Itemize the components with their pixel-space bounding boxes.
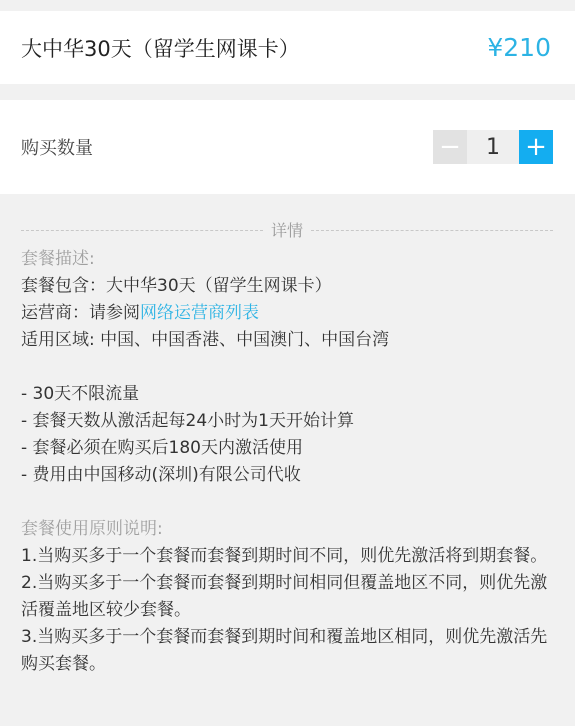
- operator-line: 运营商：请参阅网络运营商列表: [21, 300, 553, 327]
- rules-block: 套餐使用原则说明: 1.当购买多于一个套餐而套餐到期时间不同，则优先激活将到期套…: [21, 516, 553, 678]
- operator-list-link[interactable]: 网络运营商列表: [140, 303, 259, 323]
- region-line: 适用区域: 中国、中国香港、中国澳门、中国台湾: [21, 327, 553, 354]
- product-price: ¥210: [487, 33, 551, 62]
- rule-item: 2.当购买多于一个套餐而套餐到期时间相同但覆盖地区不同，则优先激活覆盖地区较少套…: [21, 570, 553, 624]
- minus-icon: −: [439, 134, 461, 160]
- divider-dash-right: [311, 230, 553, 231]
- feature-item: - 30天不限流量: [21, 381, 553, 408]
- blank-line: [21, 354, 553, 381]
- quantity-stepper: − 1 +: [433, 130, 553, 164]
- details-section: 详情 套餐描述: 套餐包含：大中华30天（留学生网课卡） 运营商：请参阅网络运营…: [0, 194, 575, 678]
- page: 大中华30天（留学生网课卡） ¥210 购买数量 − 1 + 详情 套餐描述: …: [0, 0, 575, 726]
- section-spacer: [0, 84, 575, 100]
- includes-line: 套餐包含：大中华30天（留学生网课卡）: [21, 273, 553, 300]
- product-title: 大中华30天（留学生网课卡）: [21, 33, 300, 63]
- blank-line: [21, 489, 553, 516]
- details-divider-label: 详情: [263, 217, 311, 244]
- description-heading: 套餐描述:: [21, 246, 553, 273]
- details-divider: 详情: [21, 218, 553, 242]
- plus-icon: +: [525, 134, 547, 160]
- rule-item: 3.当购买多于一个套餐而套餐到期时间和覆盖地区相同，则优先激活先购买套餐。: [21, 624, 553, 678]
- feature-item: - 套餐必须在购买后180天内激活使用: [21, 435, 553, 462]
- operator-prefix: 运营商：请参阅: [21, 303, 140, 323]
- quantity-label: 购买数量: [21, 134, 93, 160]
- increment-button[interactable]: +: [519, 130, 553, 164]
- product-row: 大中华30天（留学生网课卡） ¥210: [0, 11, 575, 84]
- rule-item: 1.当购买多于一个套餐而套餐到期时间不同，则优先激活将到期套餐。: [21, 543, 553, 570]
- quantity-value[interactable]: 1: [467, 130, 519, 164]
- divider-dash-left: [21, 230, 263, 231]
- top-spacer: [0, 0, 575, 11]
- feature-item: - 费用由中国移动(深圳)有限公司代收: [21, 462, 553, 489]
- rules-heading: 套餐使用原则说明:: [21, 516, 553, 543]
- decrement-button[interactable]: −: [433, 130, 467, 164]
- quantity-row: 购买数量 − 1 +: [0, 100, 575, 194]
- feature-item: - 套餐天数从激活起每24小时为1天开始计算: [21, 408, 553, 435]
